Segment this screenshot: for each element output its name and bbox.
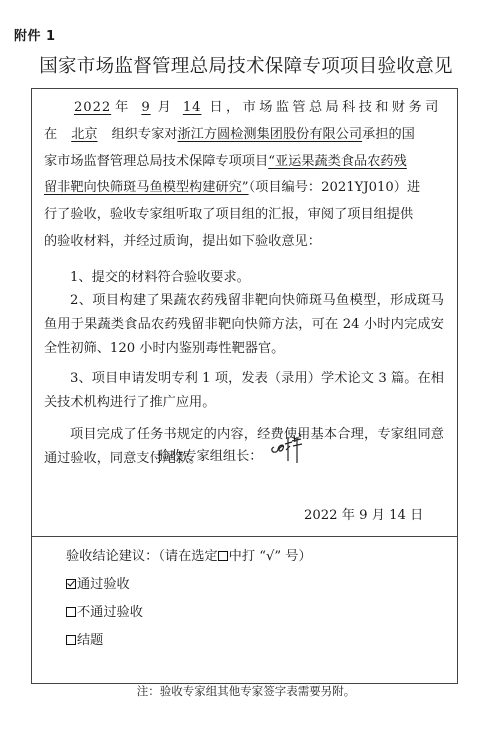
project-name-part1: “亚运果蔬类食品农药残 [268, 154, 407, 169]
attachment-label: 附件 1 [14, 25, 56, 44]
option-pass[interactable]: 通过验收 [66, 573, 130, 592]
option-pass-label: 通过验收 [77, 577, 130, 592]
day-field: 14 [177, 100, 210, 115]
opinion-form: 2022年 9月 14日，市场监管总局科技和财务司 在北京组织专家对浙江方圆检测… [31, 88, 458, 684]
document-title: 国家市场监督管理总局技术保障专项项目验收意见 [0, 52, 492, 78]
footer-note: 注：验收专家组其他专家签字表需要另附。 [0, 683, 492, 699]
year-suffix: 年 [115, 100, 129, 115]
option-fail[interactable]: 不通过验收 [66, 601, 143, 620]
verdict-prompt-suffix: 中打 “√” 号） [229, 549, 312, 564]
program-text: 家市场监督管理总局技术保障专项项目 [44, 154, 268, 169]
intro-line-5: 行了验收，验收专家组听取了项目组的汇报，审阅了项目组提供 [44, 202, 444, 229]
option-close[interactable]: 结题 [66, 629, 103, 648]
undertake-text: 承担的国 [362, 127, 415, 142]
checkbox-sample-icon [218, 551, 228, 561]
year-field: 2022 [70, 100, 115, 115]
opinion-item-2: 2、项目构建了果蔬农药残留非靶向快筛斑马鱼模型，形成斑马鱼用于果蔬类食品农药残留… [44, 289, 444, 361]
location-prefix: 在 [44, 127, 57, 142]
intro-line-6: 的验收材料，并经过质询，提出如下验收意见： [44, 229, 444, 256]
project-number: （项目编号：2021YJ010）进 [249, 180, 421, 195]
opinion-item-1: 1、提交的材料符合验收要求。 [44, 265, 444, 292]
checkbox-checked-icon[interactable] [66, 579, 76, 589]
option-fail-label: 不通过验收 [77, 605, 143, 620]
signature-label: 验收专家组组长： [157, 445, 263, 464]
verdict-section: 验收结论建议：（请在选定中打 “√” 号） 通过验收 不通过验收 结题 [32, 537, 457, 683]
option-close-label: 结题 [77, 633, 103, 648]
checkbox-unchecked-icon[interactable] [66, 607, 76, 617]
organizer-text: 组织专家对 [112, 127, 178, 142]
checkbox-unchecked-icon[interactable] [66, 635, 76, 645]
location-field: 北京 [57, 127, 111, 142]
intro-paragraph: 2022年 9月 14日，市场监管总局科技和财务司 在北京组织专家对浙江方圆检测… [44, 95, 444, 256]
project-name-part2: 留非靶向快筛斑马鱼模型构建研究” [44, 180, 249, 195]
company-field: 浙江方圆检测集团股份有限公司 [178, 127, 363, 142]
verdict-prompt: 验收结论建议：（请在选定中打 “√” 号） [66, 545, 312, 564]
month-field: 9 [134, 100, 157, 115]
opinion-item-3: 3、项目申请发明专利 1 项，发表（录用）学术论文 3 篇。在相关技术机构进行了… [44, 367, 444, 415]
verdict-prompt-text: 验收结论建议：（请在选定 [66, 549, 218, 564]
signature-image [268, 427, 310, 467]
opinion-section: 2022年 9月 14日，市场监管总局科技和财务司 在北京组织专家对浙江方圆检测… [32, 89, 457, 537]
month-suffix: 月 [158, 100, 172, 115]
day-suffix: 日，市场监管总局科技和财务司 [209, 100, 441, 115]
signature-date: 2022 年 9 月 14 日 [304, 504, 423, 523]
